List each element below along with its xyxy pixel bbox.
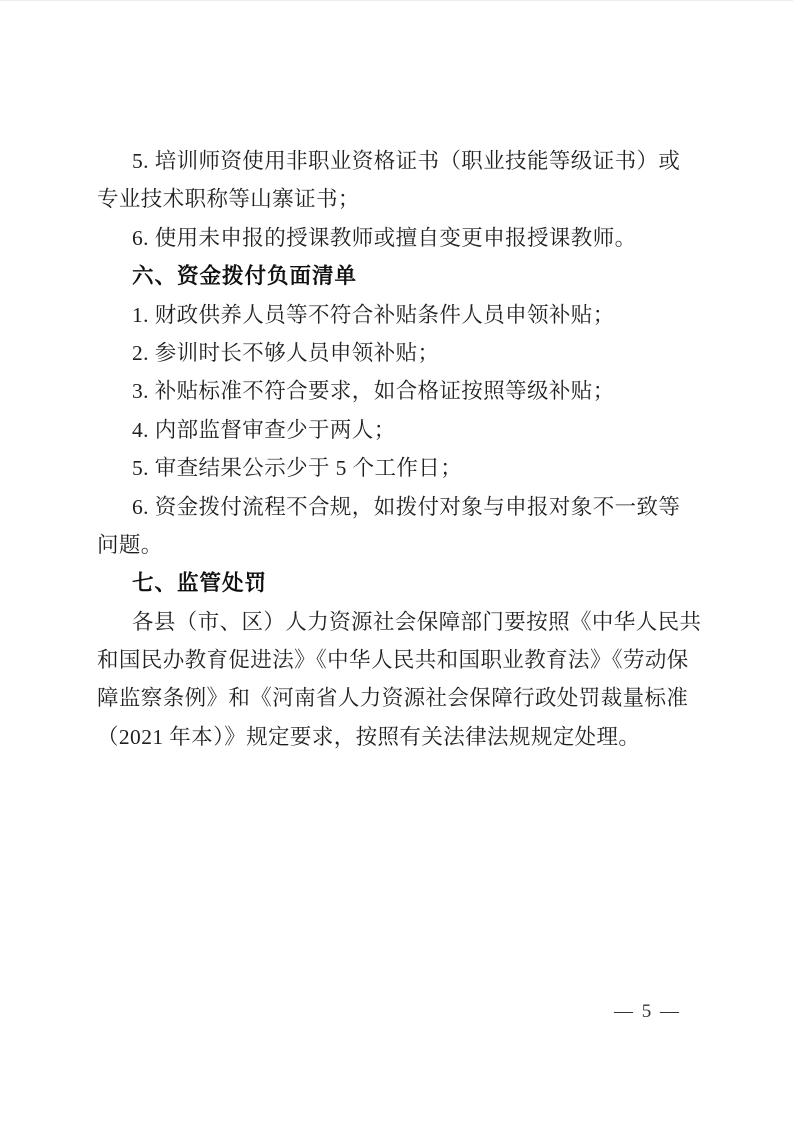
paragraph-line: （2021 年本）》规定要求，按照有关法律法规规定处理。 <box>97 718 697 756</box>
page-number: — 5 — <box>614 999 681 1025</box>
list-item-line: 6. 使用未申报的授课教师或擅自变更申报授课教师。 <box>97 219 697 257</box>
list-item-line: 5. 培训师资使用非职业资格证书（职业技能等级证书）或 <box>97 142 697 180</box>
document-text-block: 5. 培训师资使用非职业资格证书（职业技能等级证书）或 专业技术职称等山寨证书；… <box>97 142 697 756</box>
paragraph-line: 各县（市、区）人力资源社会保障部门要按照《中华人民共 <box>97 603 697 641</box>
list-item-line: 2. 参训时长不够人员申领补贴； <box>97 334 697 372</box>
list-item-line: 3. 补贴标准不符合要求，如合格证按照等级补贴； <box>97 372 697 410</box>
list-item-line: 4. 内部监督审查少于两人； <box>97 411 697 449</box>
paragraph-line: 障监察条例》和《河南省人力资源社会保障行政处罚裁量标准 <box>97 679 697 717</box>
list-item-line: 1. 财政供养人员等不符合补贴条件人员申领补贴； <box>97 296 697 334</box>
section-heading-7: 七、监管处罚 <box>97 564 697 602</box>
document-page: 5. 培训师资使用非职业资格证书（职业技能等级证书）或 专业技术职称等山寨证书；… <box>0 0 793 1122</box>
list-item-line: 专业技术职称等山寨证书； <box>97 180 697 218</box>
section-heading-6: 六、资金拨付负面清单 <box>97 257 697 295</box>
list-item-line: 问题。 <box>97 526 697 564</box>
paragraph-line: 和国民办教育促进法》《中华人民共和国职业教育法》《劳动保 <box>97 641 697 679</box>
list-item-line: 6. 资金拨付流程不合规，如拨付对象与申报对象不一致等 <box>97 488 697 526</box>
list-item-line: 5. 审查结果公示少于 5 个工作日； <box>97 449 697 487</box>
